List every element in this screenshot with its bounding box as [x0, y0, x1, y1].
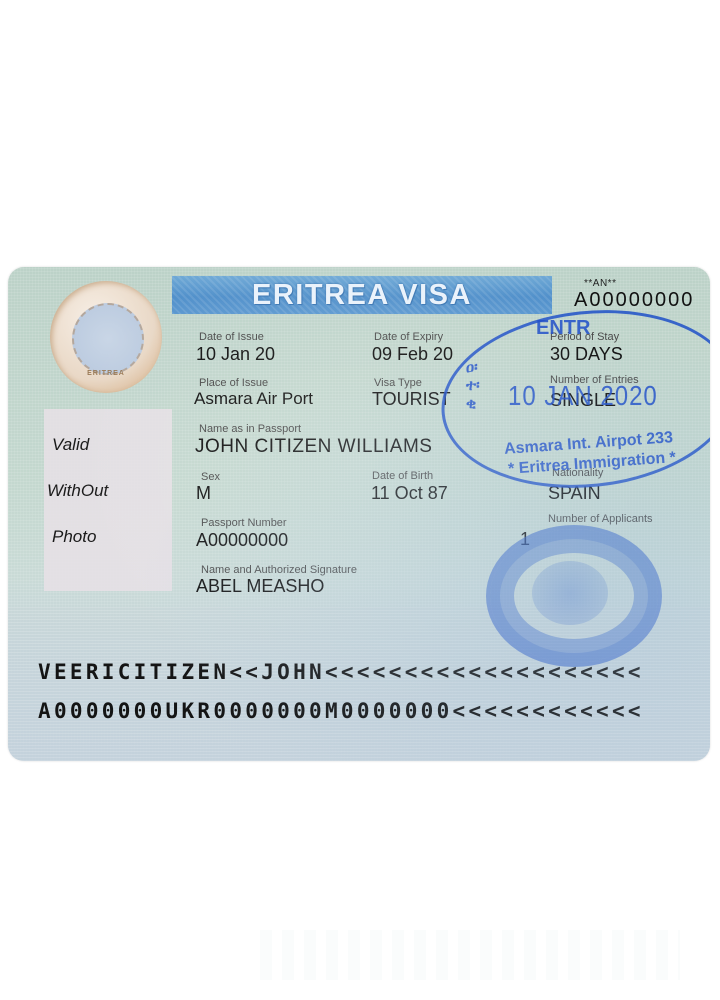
number-of-applicants-label: Number of Applicants [548, 513, 653, 525]
date-of-issue-label: Date of Issue [199, 331, 264, 343]
date-of-birth-label: Date of Birth [372, 470, 433, 482]
name-value: JOHN CITIZEN WILLIAMS [195, 436, 432, 458]
faint-watermark [260, 930, 680, 980]
entry-stamp-vertical-text: ዐ፡ተ፡ቂ [466, 359, 482, 413]
nationality-label: Nationality [552, 467, 603, 479]
number-of-entries-value: SINGLE [550, 390, 616, 411]
document-number: A00000000 [574, 289, 694, 312]
entry-stamp-line1: Asmara Int. Airpot 233 [504, 429, 674, 459]
sex-value: M [196, 483, 211, 504]
seal-text: ERITREA [50, 370, 162, 377]
visa-type-value: TOURIST [372, 389, 451, 410]
photo-text-valid: Valid [52, 435, 89, 455]
date-of-expiry-label: Date of Expiry [374, 331, 443, 343]
visa-card: ERITREA ERITREA VISA **AN** A00000000 Va… [8, 267, 710, 761]
mrz-line-2: A0000000UKR0000000M0000000<<<<<<<<<<<< [38, 699, 644, 723]
passport-number-value: A00000000 [196, 530, 288, 551]
authorized-signature-label: Name and Authorized Signature [201, 564, 357, 576]
period-of-stay-label: Period of Stay [550, 331, 619, 343]
name-label: Name as in Passport [199, 423, 301, 435]
number-of-applicants-value: 1 [520, 529, 530, 550]
photo-placeholder: Valid WithOut Photo [44, 409, 172, 591]
number-of-entries-label: Number of Entries [550, 374, 639, 386]
photo-text-without: WithOut [47, 481, 108, 501]
photo-text-photo: Photo [52, 527, 96, 547]
sex-label: Sex [201, 471, 220, 483]
document-number-label: **AN** [584, 278, 616, 289]
date-of-birth-value: 11 Oct 87 [371, 483, 448, 504]
passport-number-label: Passport Number [201, 517, 287, 529]
period-of-stay-value: 30 DAYS [550, 344, 623, 365]
date-of-issue-value: 10 Jan 20 [196, 344, 275, 365]
title-banner: ERITREA VISA [172, 276, 552, 314]
hologram-seal-icon: ERITREA [50, 281, 162, 393]
authorized-signature-value: ABEL MEASHO [196, 576, 324, 597]
document-title: ERITREA VISA [252, 279, 472, 312]
visa-type-label: Visa Type [374, 377, 422, 389]
date-of-expiry-value: 09 Feb 20 [372, 344, 453, 365]
mrz-line-1: VEERICITIZEN<<JOHN<<<<<<<<<<<<<<<<<<<< [38, 660, 644, 684]
place-of-issue-label: Place of Issue [199, 377, 268, 389]
nationality-value: SPAIN [548, 483, 601, 504]
place-of-issue-value: Asmara Air Port [194, 389, 313, 409]
machine-readable-zone-background [8, 607, 710, 761]
